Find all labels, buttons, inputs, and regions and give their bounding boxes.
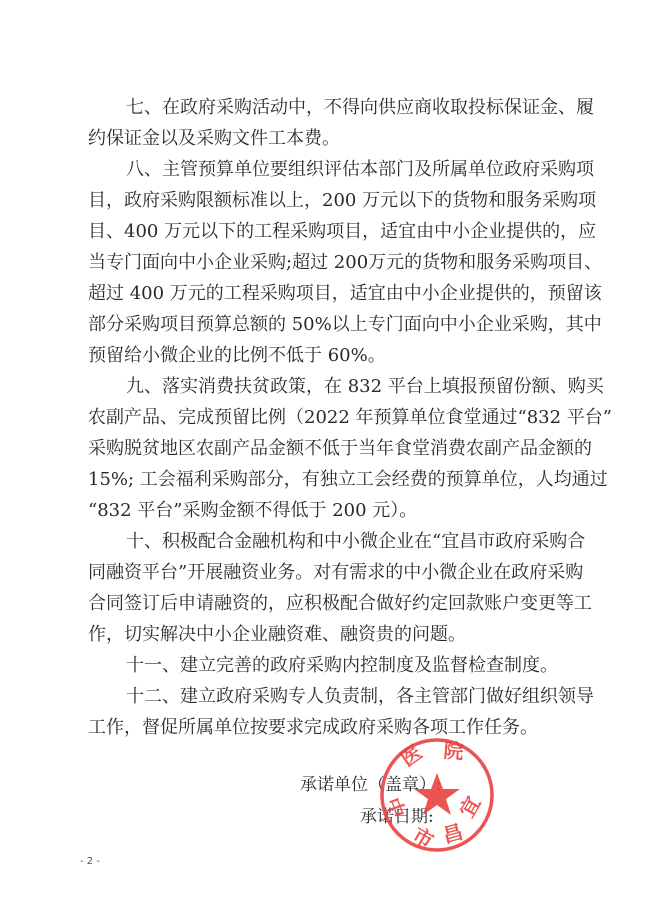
paragraph-line: 九、落实消费扶贫政策，在 832 平台上填报预留份额、购买 [88,371,573,402]
paragraph-line: 约保证金以及采购文件工本费。 [88,123,573,154]
paragraph-line: 目，政府采购限额标准以上，200 万元以下的货物和服务采购项 [88,185,573,216]
paragraph-line: 当专门面向中小企业采购;超过 200万元的货物和服务采购项目、 [88,247,573,278]
paragraph-line: 目、400 万元以下的工程采购项目，适宜由中小企业提供的，应 [88,216,573,247]
seal-char: 宜 [455,792,486,821]
signature-date-label: 承诺日期: [360,806,434,828]
paragraph-line: 预留给小微企业的比例不低于 60%。 [88,340,573,371]
paragraph-line: 七、在政府采购活动中，不得向供应商收取投标保证金、履 [88,92,573,123]
page-number: - 2 - [80,856,100,867]
paragraph-line: 采购脱贫地区农副产品金额不低于当年食堂消费农副产品金额的 [88,433,573,464]
paragraph-line: 农副产品、完成预留比例（2022 年预算单位食堂通过“832 平台” [88,402,573,433]
paragraph-line: 八、主管预算单位要组织评估本部门及所属单位政府采购项 [88,154,573,185]
signature-unit-label: 承诺单位（盖章）: [300,774,442,796]
paragraph-line: 作，切实解决中小企业融资难、融资贵的问题。 [88,619,573,650]
body-text: 七、在政府采购活动中，不得向供应商收取投标保证金、履 约保证金以及采购文件工本费… [88,92,573,743]
paragraph-line: 部分采购项目预算总额的 50%以上专门面向中小企业采购，其中 [88,309,573,340]
paragraph-line: 合同签订后申请融资的，应积极配合做好约定回款账户变更等工 [88,588,573,619]
paragraph-line: 十一、建立完善的政府采购内控制度及监督检查制度。 [88,650,573,681]
paragraph-line: 工作，督促所属单位按要求完成政府采购各项工作任务。 [88,712,573,743]
seal-char: 医 [396,740,426,771]
paragraph-line: 15%; 工会福利采购部分，有独立工会经费的预算单位，人均通过 [88,464,573,495]
paragraph-line: “832 平台”采购金额不得低于 200 元）。 [88,495,573,526]
paragraph-line: 同融资平台”开展融资业务。对有需求的中小微企业在政府采购 [88,557,573,588]
paragraph-line: 十、积极配合金融机构和中小微企业在“宜昌市政府采购合 [88,526,573,557]
document-page: 七、在政府采购活动中，不得向供应商收取投标保证金、履 约保证金以及采购文件工本费… [0,0,649,919]
paragraph-line: 十二、建立政府采购专人负责制，各主管部门做好组织领导 [88,681,573,712]
paragraph-line: 超过 400 万元的工程采购项目，适宜由中小企业提供的，预留该 [88,278,573,309]
seal-char: 昌 [440,819,466,847]
